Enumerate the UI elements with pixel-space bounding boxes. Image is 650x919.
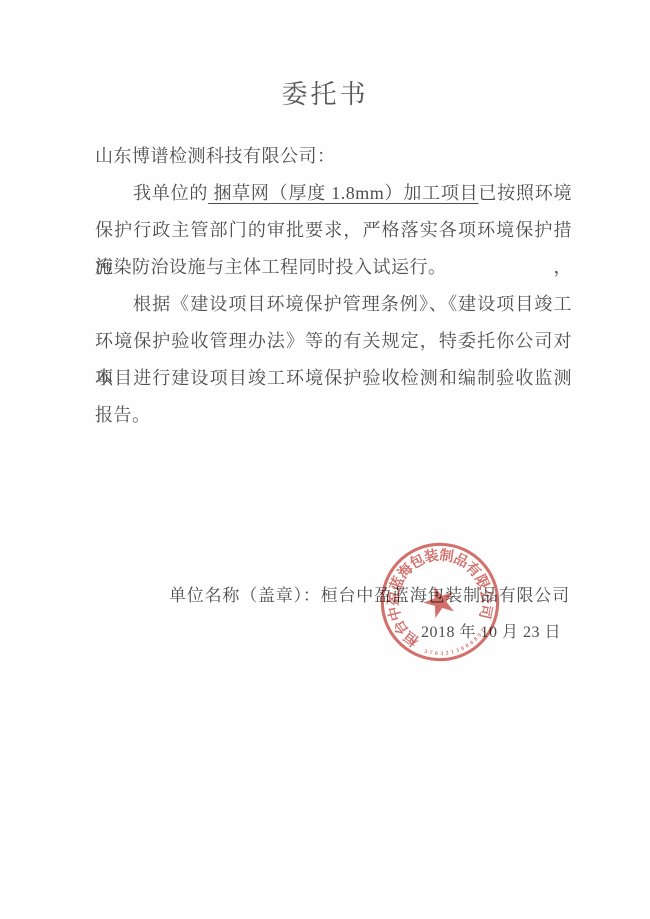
svg-text:0: 0 (460, 645, 465, 652)
svg-text:7: 7 (429, 650, 433, 656)
recipient-line: 山东博谱检测科技有限公司： (95, 138, 572, 175)
svg-text:0: 0 (465, 643, 471, 650)
para1-line2: 保护行政主管部门的审批要求，严格落实各项环境保护措施， (95, 212, 572, 249)
svg-text:海: 海 (394, 559, 417, 582)
para2-line1: 根据《建设项目环境保护管理条例》、《建设项目竣工 (95, 286, 572, 323)
svg-text:桓: 桓 (399, 627, 422, 650)
signature-company: 桓台中盈蓝海包装制品有限公司 (321, 586, 570, 605)
para1-suffix: 已按照环境 (478, 183, 572, 203)
svg-text:品: 品 (451, 550, 471, 572)
date-line: 2018 年 10 月 23 日 (421, 619, 561, 642)
svg-text:制: 制 (438, 547, 455, 566)
project-name-underlined: 捆草网（厚度 1.8mm）加工项目 (208, 183, 478, 203)
svg-text:0: 0 (435, 651, 438, 657)
svg-text:2: 2 (445, 650, 449, 656)
svg-text:中: 中 (385, 605, 405, 623)
signature-label: 单位名称（盖章）： (169, 586, 321, 605)
para2-line2: 环境保护验收管理办法》等的有关规定，特委托你公司对本 (95, 323, 572, 360)
svg-text:台: 台 (389, 617, 412, 639)
para2-line4: 报告。 (95, 397, 572, 434)
para2-line3: 项目进行建设项目竣工环境保护验收检测和编制验收监测 (95, 360, 572, 397)
para1-line1: 我单位的 捆草网（厚度 1.8mm）加工项目已按照环境 (95, 175, 572, 212)
svg-text:包: 包 (406, 550, 427, 573)
svg-text:3: 3 (440, 651, 443, 657)
para1-prefix: 我单位的 (133, 183, 208, 203)
document-body: 山东博谱检测科技有限公司： 我单位的 捆草网（厚度 1.8mm）加工项目已按照环… (95, 138, 572, 434)
document-title: 委托书 (0, 74, 650, 111)
svg-text:装: 装 (423, 547, 441, 566)
document-page: 委托书 山东博谱检测科技有限公司： 我单位的 捆草网（厚度 1.8mm）加工项目… (0, 0, 650, 919)
svg-text:1: 1 (451, 649, 455, 656)
svg-text:3: 3 (455, 648, 460, 655)
signature-line: 单位名称（盖章）：桓台中盈蓝海包装制品有限公司 (169, 581, 570, 606)
svg-text:有: 有 (462, 558, 485, 581)
svg-text:3: 3 (423, 649, 428, 656)
